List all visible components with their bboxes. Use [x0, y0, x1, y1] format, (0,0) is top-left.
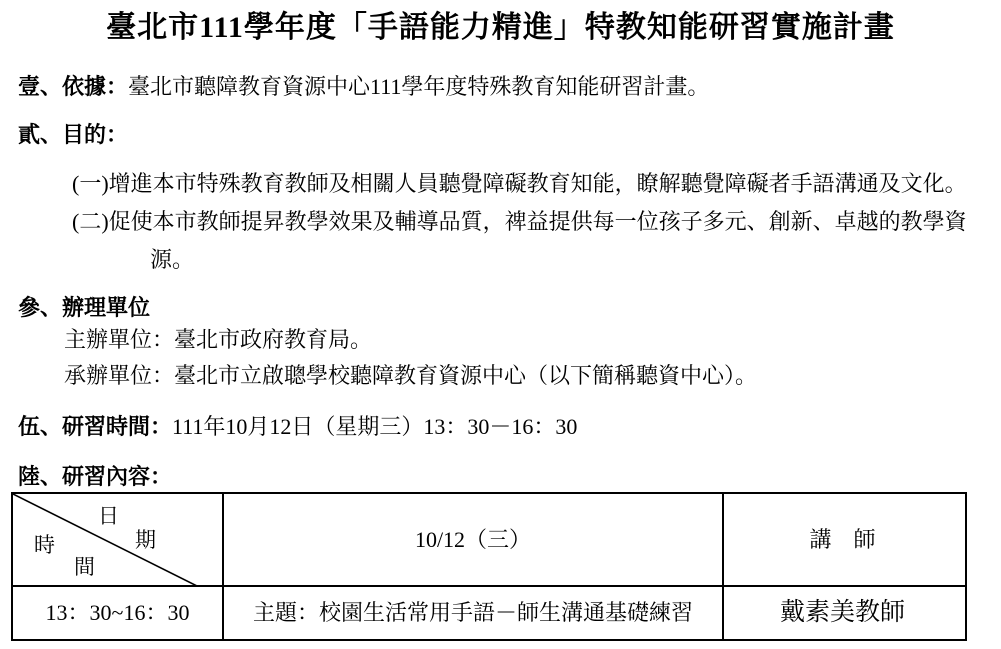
purpose-item-2-continuation: 源。: [150, 247, 194, 272]
purpose-item-1: (一)增進本市特殊教育教師及相關人員聽覺障礙教育知能，瞭解聽覺障礙者手語溝通及文…: [72, 171, 967, 196]
corner-date-char-2: 期: [135, 530, 156, 551]
table-cell-lecturer: 戴素美教師: [722, 587, 961, 639]
section-time-text: 111年10月12日（星期三）13：30－16：30: [172, 414, 577, 439]
table-header-lecturer: 講 師: [722, 494, 961, 585]
section-organizer-heading: 參、辦理單位: [18, 295, 150, 320]
corner-time-char-1: 時: [34, 535, 55, 556]
table-header-date: 10/12（三）: [222, 494, 722, 585]
section-time: 伍、研習時間：111年10月12日（星期三）13：30－16：30: [18, 414, 577, 439]
corner-time-char-2: 間: [74, 557, 95, 578]
table-data-row: 13：30~16：30 主題：校園生活常用手語－師生溝通基礎練習 戴素美教師: [13, 587, 965, 639]
section-basis-text: 臺北市聽障教育資源中心111學年度特殊教育知能研習計畫。: [128, 74, 709, 99]
document-title: 臺北市111學年度「手語能力精進」特教知能研習實施計畫: [0, 11, 1001, 46]
organizer-host-line: 主辦單位：臺北市政府教育局。: [64, 327, 372, 352]
organizer-undertaker-line: 承辦單位：臺北市立啟聰學校聽障教育資源中心（以下簡稱聽資中心）。: [64, 363, 757, 388]
schedule-table: 日 期 時 間 10/12（三） 講 師 13：30~16：30 主題：校園生活…: [11, 492, 967, 641]
section-content-heading: 陸、研習內容：: [18, 464, 172, 489]
table-cell-topic: 主題：校園生活常用手語－師生溝通基礎練習: [222, 587, 722, 639]
document-page: 臺北市111學年度「手語能力精進」特教知能研習實施計畫 壹、依據：臺北市聽障教育…: [0, 0, 1001, 649]
section-purpose-heading: 貳、目的：: [18, 122, 128, 147]
table-cell-time: 13：30~16：30: [13, 587, 222, 639]
purpose-item-2: (二)促使本市教師提昇教學效果及輔導品質，禆益提供每一位孩子多元、創新、卓越的教…: [72, 209, 967, 234]
section-basis: 壹、依據：臺北市聽障教育資源中心111學年度特殊教育知能研習計畫。: [18, 74, 709, 99]
table-header-row: 日 期 時 間 10/12（三） 講 師: [13, 494, 965, 587]
section-basis-label: 壹、依據：: [18, 74, 128, 99]
section-time-label: 伍、研習時間：: [18, 414, 172, 439]
corner-date-char-1: 日: [98, 506, 119, 527]
table-corner-cell: 日 期 時 間: [13, 494, 222, 585]
